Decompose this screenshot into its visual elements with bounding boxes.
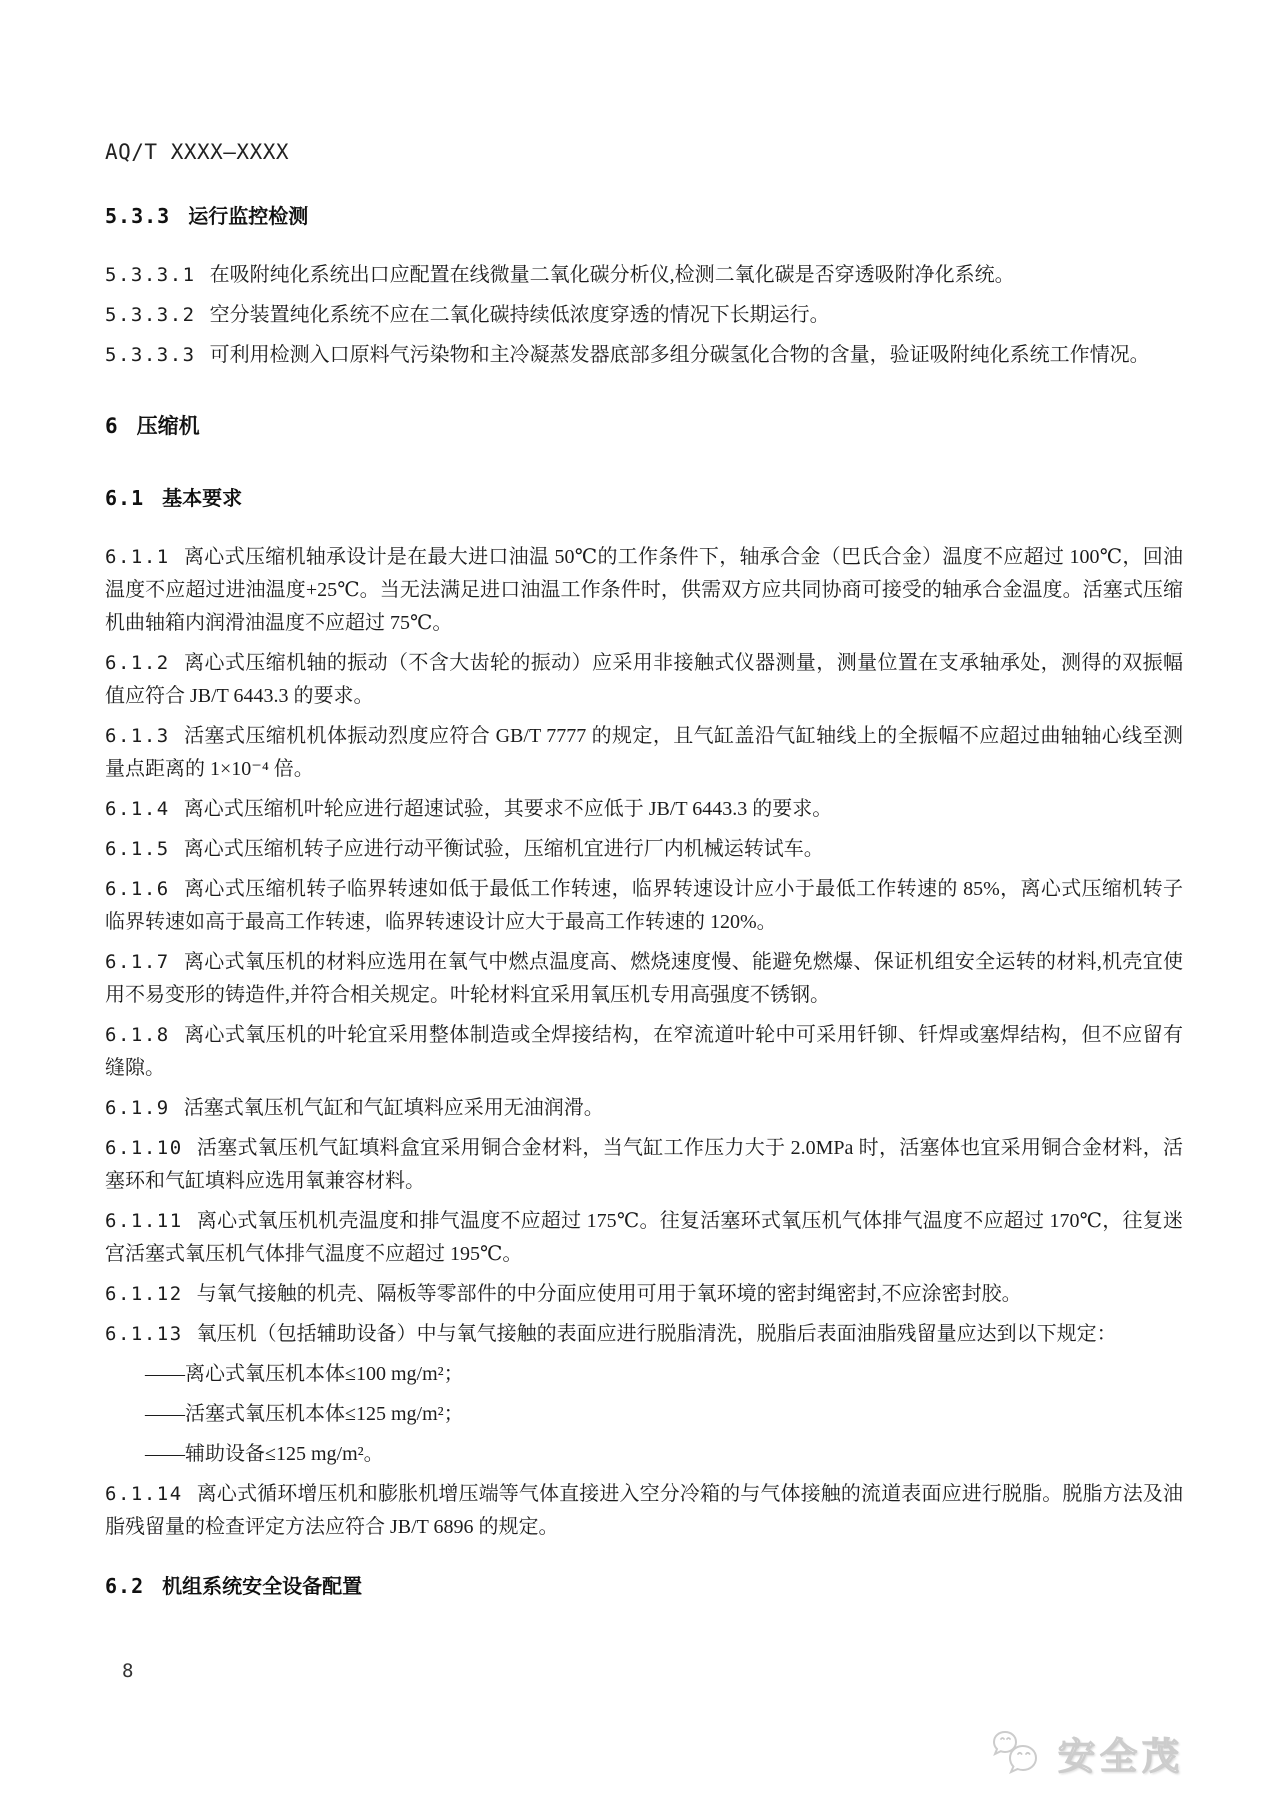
- document-number-header: AQ/T XXXX—XXXX: [105, 140, 1183, 164]
- clause-6-1-5: 6.1.5离心式压缩机转子应进行动平衡试验，压缩机宜进行厂内机械运转试车。: [105, 833, 1183, 866]
- clause-number: 6.1.8: [105, 1024, 170, 1046]
- list-item-text: ——辅助设备≤125 mg/m²。: [145, 1443, 384, 1465]
- clause-6-1-11: 6.1.11离心式氧压机机壳温度和排气温度不应超过 175℃。往复活塞环式氧压机…: [105, 1205, 1183, 1271]
- list-item-auxiliary-limit: ——辅助设备≤125 mg/m²。: [105, 1438, 1183, 1471]
- clause-6-1-12: 6.1.12与氧气接触的机壳、隔板等零部件的中分面应使用可用于氧环境的密封绳密封…: [105, 1278, 1183, 1311]
- clause-text: 离心式压缩机转子应进行动平衡试验，压缩机宜进行厂内机械运转试车。: [184, 838, 824, 860]
- clause-number: 6.1.14: [105, 1483, 183, 1505]
- clause-6-1-1: 6.1.1离心式压缩机轴承设计是在最大进口油温 50℃的工作条件下，轴承合金（巴…: [105, 541, 1183, 640]
- clause-text: 活塞式氧压机气缸和气缸填料应采用无油润滑。: [184, 1097, 604, 1119]
- watermark: 安全茂: [988, 1726, 1184, 1780]
- clause-6-1-9: 6.1.9活塞式氧压机气缸和气缸填料应采用无油润滑。: [105, 1092, 1183, 1125]
- section-heading-6-1: 6.1基本要求: [105, 482, 1183, 511]
- list-item-piston-limit: ——活塞式氧压机本体≤125 mg/m²；: [105, 1398, 1183, 1431]
- clause-number: 6.1.4: [105, 798, 170, 820]
- heading-title: 压缩机: [137, 415, 200, 438]
- list-item-text: ——离心式氧压机本体≤100 mg/m²；: [145, 1363, 464, 1385]
- clause-number: 6.1.11: [105, 1210, 183, 1232]
- clause-text: 活塞式氧压机气缸填料盒宜采用铜合金材料，当气缸工作压力大于 2.0MPa 时，活…: [105, 1137, 1183, 1192]
- chapter-heading-6: 6压缩机: [105, 410, 1183, 440]
- document-content: AQ/T XXXX—XXXX 5.3.3运行监控检测 5.3.3.1在吸附纯化系…: [105, 140, 1183, 1629]
- clause-text: 氧压机（包括辅助设备）中与氧气接触的表面应进行脱脂清洗，脱脂后表面油脂残留量应达…: [197, 1323, 1117, 1345]
- clause-text: 在吸附纯化系统出口应配置在线微量二氧化碳分析仪,检测二氧化碳是否穿透吸附净化系统…: [210, 264, 1015, 286]
- clause-text: 离心式压缩机转子临界转速如低于最低工作转速，临界转速设计应小于最低工作转速的 8…: [105, 878, 1183, 933]
- section-heading-5-3-3: 5.3.3运行监控检测: [105, 200, 1183, 229]
- heading-title: 基本要求: [162, 488, 242, 510]
- clause-number: 5.3.3.1: [105, 264, 196, 286]
- clause-number: 6.1.13: [105, 1323, 183, 1345]
- clause-6-1-2: 6.1.2离心式压缩机轴的振动（不含大齿轮的振动）应采用非接触式仪器测量，测量位…: [105, 647, 1183, 713]
- clause-text: 离心式氧压机的叶轮宜采用整体制造或全焊接结构，在窄流道叶轮中可采用钎铆、钎焊或塞…: [105, 1024, 1183, 1079]
- clause-text: 离心式氧压机机壳温度和排气温度不应超过 175℃。往复活塞环式氧压机气体排气温度…: [105, 1210, 1183, 1265]
- clause-number: 5.3.3.2: [105, 304, 196, 326]
- section-heading-6-2: 6.2机组系统安全设备配置: [105, 1570, 1183, 1599]
- clause-text: 离心式压缩机轴承设计是在最大进口油温 50℃的工作条件下，轴承合金（巴氏合金）温…: [105, 546, 1183, 634]
- clause-number: 6.1.5: [105, 838, 170, 860]
- heading-number: 6.1: [105, 486, 144, 510]
- clause-5-3-3-3: 5.3.3.3可利用检测入口原料气污染物和主冷凝蒸发器底部多组分碳氢化合物的含量…: [105, 339, 1183, 372]
- heading-number: 5.3.3: [105, 204, 170, 228]
- clause-number: 6.1.2: [105, 652, 170, 674]
- clause-6-1-4: 6.1.4离心式压缩机叶轮应进行超速试验，其要求不应低于 JB/T 6443.3…: [105, 793, 1183, 826]
- heading-title: 运行监控检测: [188, 206, 308, 228]
- clause-number: 6.1.6: [105, 878, 170, 900]
- clause-number: 6.1.12: [105, 1283, 183, 1305]
- heading-title: 机组系统安全设备配置: [162, 1576, 362, 1598]
- clause-number: 6.1.3: [105, 725, 170, 747]
- clause-text: 离心式压缩机叶轮应进行超速试验，其要求不应低于 JB/T 6443.3 的要求。: [184, 798, 833, 820]
- document-page: AQ/T XXXX—XXXX 5.3.3运行监控检测 5.3.3.1在吸附纯化系…: [0, 0, 1280, 1810]
- clause-text: 可利用检测入口原料气污染物和主冷凝蒸发器底部多组分碳氢化合物的含量，验证吸附纯化…: [210, 344, 1150, 366]
- heading-number: 6.2: [105, 1574, 144, 1598]
- clause-number: 6.1.10: [105, 1137, 183, 1159]
- clause-number: 6.1.9: [105, 1097, 170, 1119]
- clause-6-1-13: 6.1.13氧压机（包括辅助设备）中与氧气接触的表面应进行脱脂清洗，脱脂后表面油…: [105, 1318, 1183, 1351]
- clause-text: 与氧气接触的机壳、隔板等零部件的中分面应使用可用于氧环境的密封绳密封,不应涂密封…: [197, 1283, 1022, 1305]
- clause-6-1-14: 6.1.14离心式循环增压机和膨胀机增压端等气体直接进入空分冷箱的与气体接触的流…: [105, 1478, 1183, 1544]
- clause-number: 6.1.7: [105, 951, 170, 973]
- list-item-centrifugal-limit: ——离心式氧压机本体≤100 mg/m²；: [105, 1358, 1183, 1391]
- clause-text: 离心式氧压机的材料应选用在氧气中燃点温度高、燃烧速度慢、能避免燃爆、保证机组安全…: [105, 951, 1183, 1006]
- heading-number: 6: [105, 414, 119, 438]
- clause-text: 离心式循环增压机和膨胀机增压端等气体直接进入空分冷箱的与气体接触的流道表面应进行…: [105, 1483, 1183, 1538]
- clause-6-1-7: 6.1.7离心式氧压机的材料应选用在氧气中燃点温度高、燃烧速度慢、能避免燃爆、保…: [105, 946, 1183, 1012]
- clause-5-3-3-2: 5.3.3.2空分装置纯化系统不应在二氧化碳持续低浓度穿透的情况下长期运行。: [105, 299, 1183, 332]
- watermark-label: 安全茂: [1058, 1726, 1184, 1780]
- clause-number: 5.3.3.3: [105, 344, 196, 366]
- clause-6-1-6: 6.1.6离心式压缩机转子临界转速如低于最低工作转速，临界转速设计应小于最低工作…: [105, 873, 1183, 939]
- clause-text: 离心式压缩机轴的振动（不含大齿轮的振动）应采用非接触式仪器测量，测量位置在支承轴…: [105, 652, 1183, 707]
- clause-text: 空分装置纯化系统不应在二氧化碳持续低浓度穿透的情况下长期运行。: [210, 304, 830, 326]
- wechat-icon: [988, 1728, 1050, 1778]
- clause-6-1-3: 6.1.3活塞式压缩机机体振动烈度应符合 GB/T 7777 的规定，且气缸盖沿…: [105, 720, 1183, 786]
- clause-text: 活塞式压缩机机体振动烈度应符合 GB/T 7777 的规定，且气缸盖沿气缸轴线上…: [105, 725, 1183, 780]
- clause-number: 6.1.1: [105, 546, 170, 568]
- page-number: 8: [122, 1660, 133, 1682]
- clause-6-1-10: 6.1.10活塞式氧压机气缸填料盒宜采用铜合金材料，当气缸工作压力大于 2.0M…: [105, 1132, 1183, 1198]
- clause-6-1-8: 6.1.8离心式氧压机的叶轮宜采用整体制造或全焊接结构，在窄流道叶轮中可采用钎铆…: [105, 1019, 1183, 1085]
- clause-5-3-3-1: 5.3.3.1在吸附纯化系统出口应配置在线微量二氧化碳分析仪,检测二氧化碳是否穿…: [105, 259, 1183, 292]
- list-item-text: ——活塞式氧压机本体≤125 mg/m²；: [145, 1403, 464, 1425]
